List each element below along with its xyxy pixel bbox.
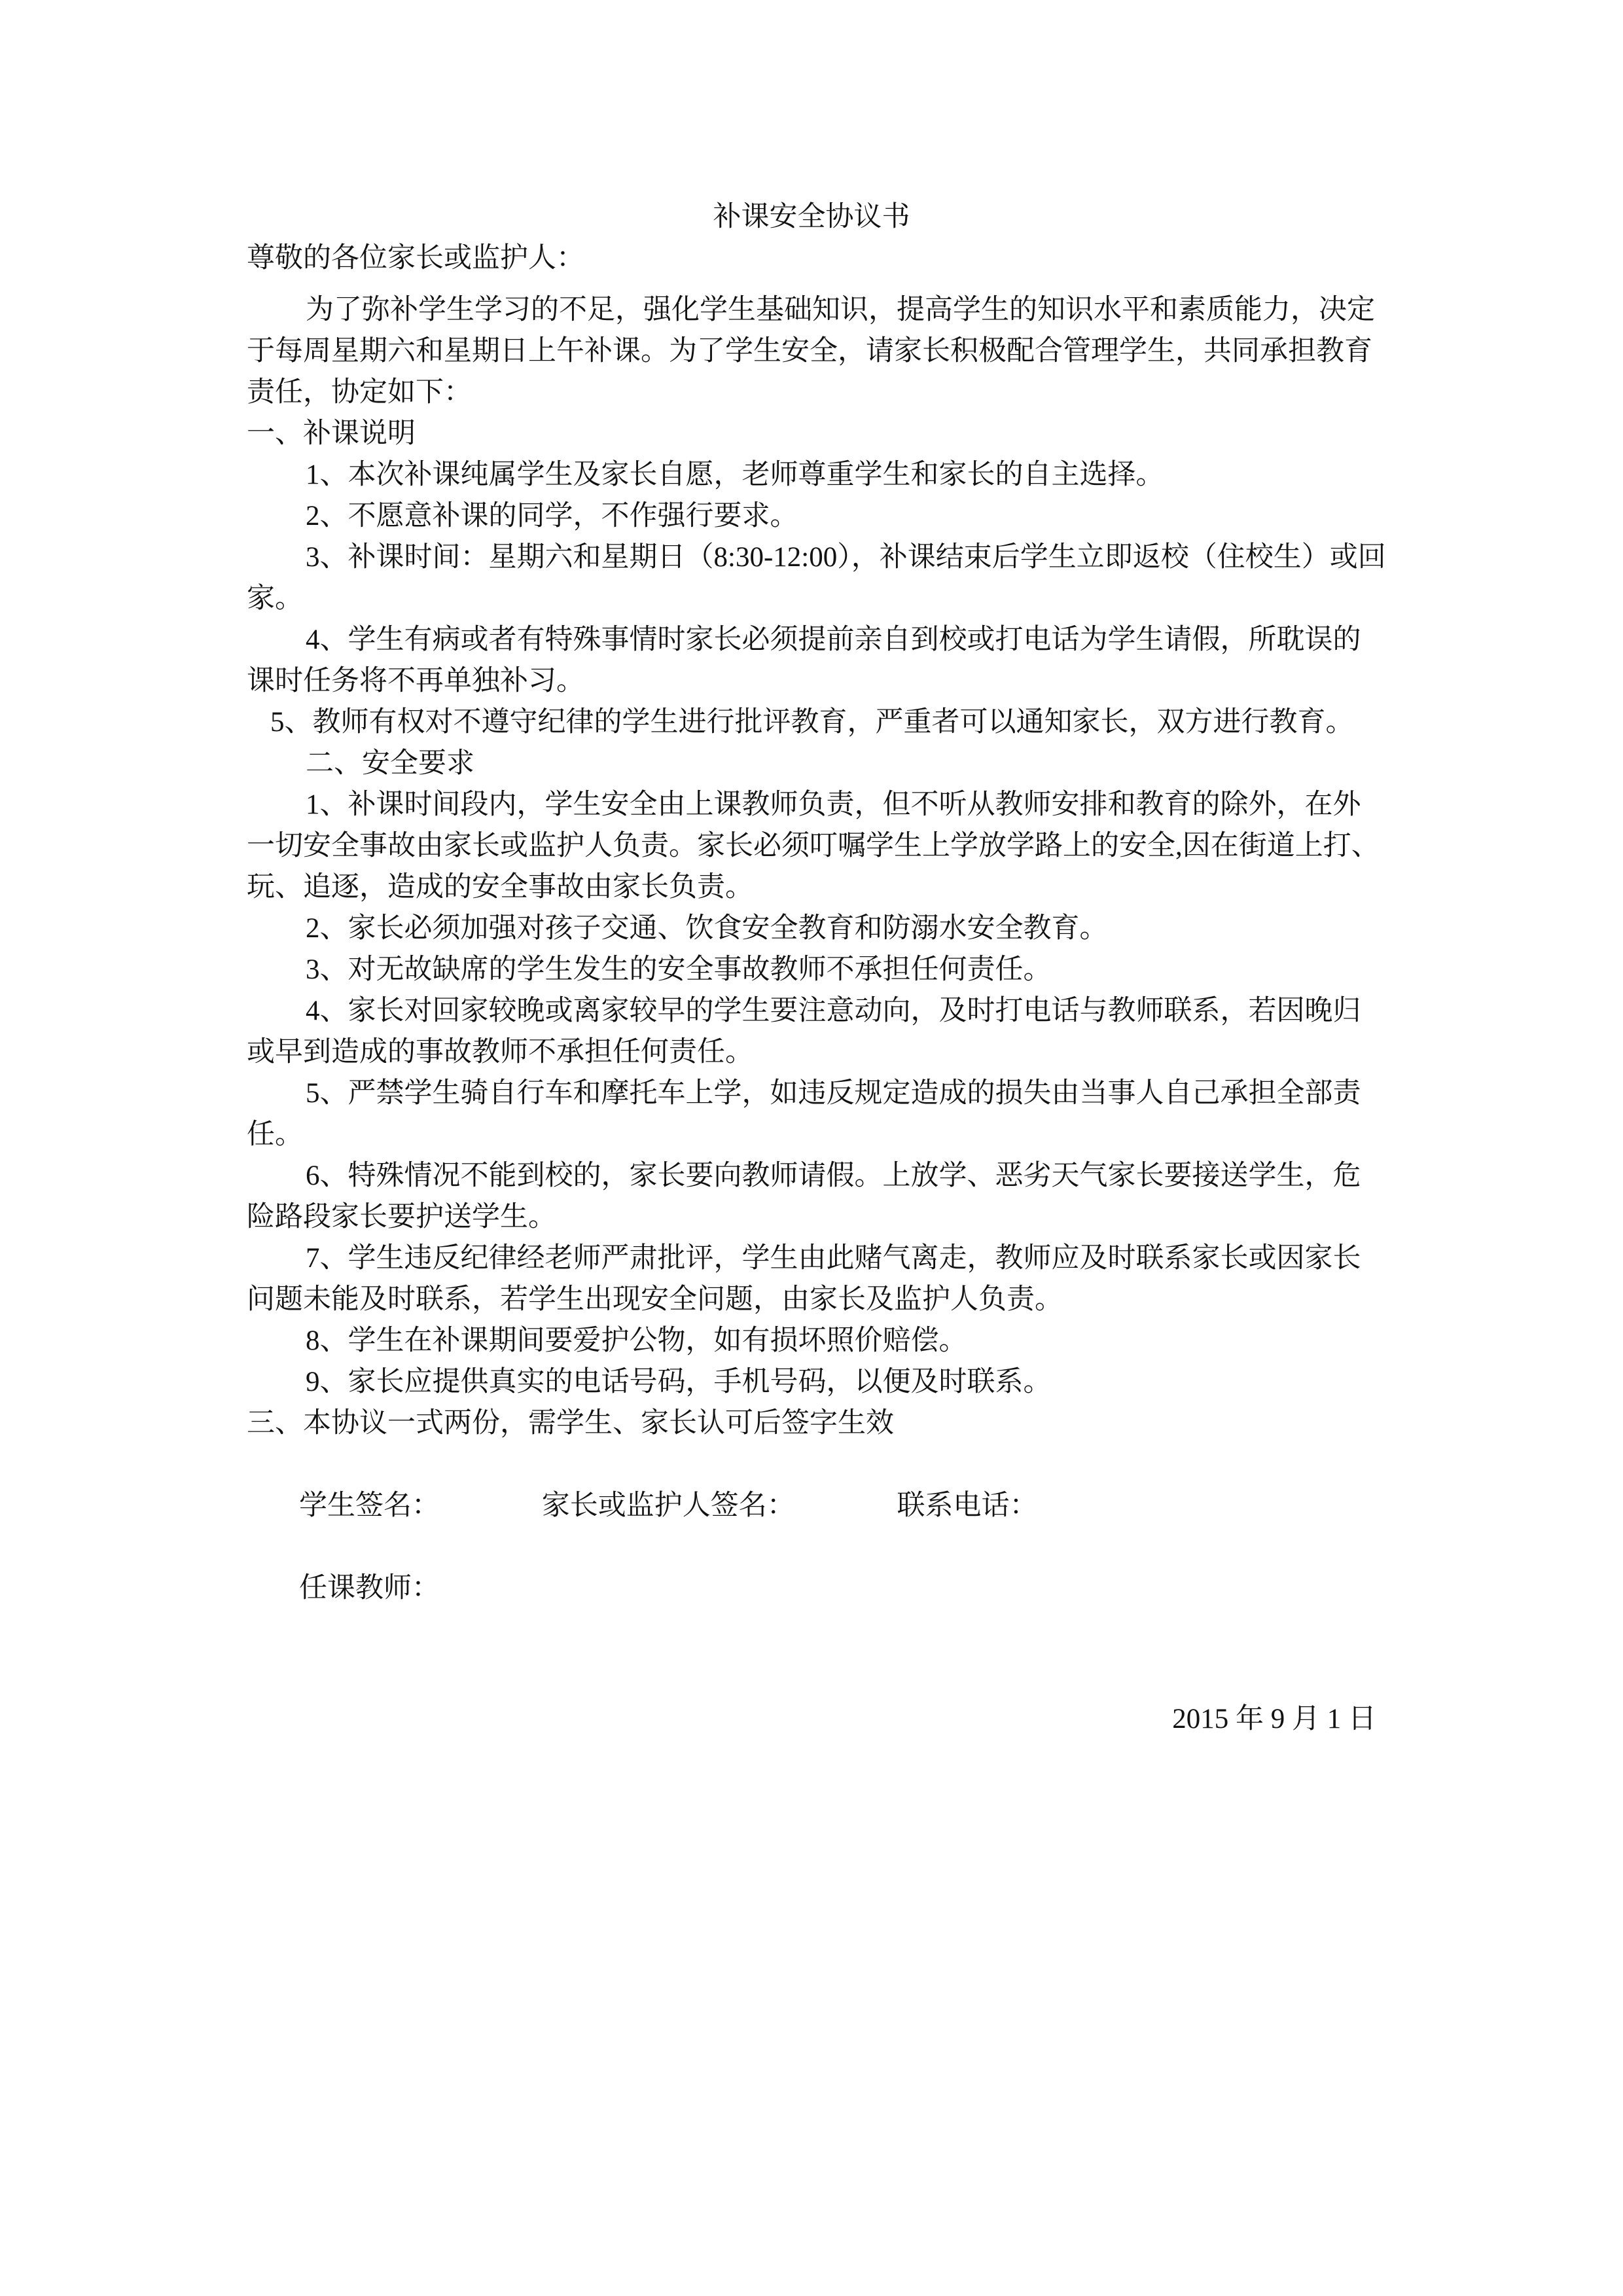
text-line: 1、本次补课纯属学生及家长自愿，老师尊重学生和家长的自主选择。 (247, 454, 1376, 495)
text-line: 2、家长必须加强对孩子交通、饮食安全教育和防溺水安全教育。 (247, 908, 1376, 949)
student-signature-label: 学生签名： (299, 1485, 440, 1526)
paragraph-section-3-heading: 三、本协议一式两份，需学生、家长认可后签字生效 (247, 1403, 1376, 1444)
text-line: 9、家长应提供真实的电话号码，手机号码，以便及时联系。 (247, 1361, 1376, 1403)
text-line: 险路段家长要护送学生。 (247, 1196, 1376, 1238)
text-line: 6、特殊情况不能到校的，家长要向教师请假。上放学、恶劣天气家长要接送学生，危 (247, 1155, 1376, 1196)
document-date: 2015 年 9 月 1 日 (247, 1698, 1376, 1740)
text-line: 一、补课说明 (247, 413, 1376, 454)
text-line: 4、学生有病或者有特殊事情时家长必须提前亲自到校或打电话为学生请假，所耽误的 (247, 619, 1376, 660)
text-line: 7、学生违反纪律经老师严肃批评，学生由此赌气离走，教师应及时联系家长或因家长 (247, 1238, 1376, 1279)
text-line: 问题未能及时联系，若学生出现安全问题，由家长及监护人负责。 (247, 1279, 1376, 1320)
paragraph-section-1-item-2: 2、不愿意补课的同学，不作强行要求。 (247, 495, 1376, 537)
paragraph-section-2-item-6: 6、特殊情况不能到校的，家长要向教师请假。上放学、恶劣天气家长要接送学生，危险路… (247, 1155, 1376, 1238)
text-line: 三、本协议一式两份，需学生、家长认可后签字生效 (247, 1403, 1376, 1444)
text-line: 5、教师有权对不遵守纪律的学生进行批评教育，严重者可以通知家长，双方进行教育。 (247, 702, 1376, 743)
text-line: 4、家长对回家较晚或离家较早的学生要注意动向，及时打电话与教师联系，若因晚归 (247, 990, 1376, 1031)
text-line: 8、学生在补课期间要爱护公物，如有损坏照价赔偿。 (247, 1320, 1376, 1361)
text-line: 责任，协定如下： (247, 372, 1376, 413)
teacher-signature-row: 任课教师： (247, 1568, 1376, 1609)
text-line: 1、补课时间段内，学生安全由上课教师负责，但不听从教师安排和教育的除外，在外 (247, 784, 1376, 825)
text-line: 二、安全要求 (247, 743, 1376, 784)
paragraph-section-2-item-2: 2、家长必须加强对孩子交通、饮食安全教育和防溺水安全教育。 (247, 908, 1376, 949)
paragraph-section-2-item-9: 9、家长应提供真实的电话号码，手机号码，以便及时联系。 (247, 1361, 1376, 1403)
text-line: 家。 (247, 578, 1376, 619)
document-body: 尊敬的各位家长或监护人：为了弥补学生学习的不足，强化学生基础知识，提高学生的知识… (247, 238, 1376, 1444)
contact-phone-label: 联系电话： (897, 1485, 1038, 1526)
text-line: 2、不愿意补课的同学，不作强行要求。 (247, 495, 1376, 537)
paragraph-section-1-item-1: 1、本次补课纯属学生及家长自愿，老师尊重学生和家长的自主选择。 (247, 454, 1376, 495)
text-line: 或早到造成的事故教师不承担任何责任。 (247, 1031, 1376, 1073)
text-line: 玩、追逐，造成的安全事故由家长负责。 (247, 867, 1376, 908)
text-line: 尊敬的各位家长或监护人： (247, 238, 1376, 279)
paragraph-section-2-item-7: 7、学生违反纪律经老师严肃批评，学生由此赌气离走，教师应及时联系家长或因家长问题… (247, 1238, 1376, 1320)
text-line: 课时任务将不再单独补习。 (247, 660, 1376, 702)
guardian-signature-label: 家长或监护人签名： (542, 1485, 795, 1526)
teacher-signature-label: 任课教师： (299, 1568, 440, 1609)
signature-row: 学生签名： 家长或监护人签名： 联系电话： (247, 1485, 1376, 1526)
paragraph-section-2-item-3: 3、对无故缺席的学生发生的安全事故教师不承担任何责任。 (247, 949, 1376, 990)
text-line: 5、严禁学生骑自行车和摩托车上学，如违反规定造成的损失由当事人自己承担全部责 (247, 1073, 1376, 1114)
paragraph-section-1-heading: 一、补课说明 (247, 413, 1376, 454)
paragraph-section-2-item-1: 1、补课时间段内，学生安全由上课教师负责，但不听从教师安排和教育的除外，在外一切… (247, 784, 1376, 908)
text-line: 一切安全事故由家长或监护人负责。家长必须叮嘱学生上学放学路上的安全,因在街道上打… (247, 825, 1376, 867)
paragraph-intro-paragraph: 为了弥补学生学习的不足，强化学生基础知识，提高学生的知识水平和素质能力，决定于每… (247, 289, 1376, 413)
paragraph-section-2-heading: 二、安全要求 (247, 743, 1376, 784)
paragraph-section-2-item-4: 4、家长对回家较晚或离家较早的学生要注意动向，及时打电话与教师联系，若因晚归或早… (247, 990, 1376, 1073)
paragraph-section-1-item-4: 4、学生有病或者有特殊事情时家长必须提前亲自到校或打电话为学生请假，所耽误的课时… (247, 619, 1376, 702)
document-title: 补课安全协议书 (247, 196, 1376, 238)
text-line: 3、对无故缺席的学生发生的安全事故教师不承担任何责任。 (247, 949, 1376, 990)
text-line: 于每周星期六和星期日上午补课。为了学生安全，请家长积极配合管理学生，共同承担教育 (247, 331, 1376, 372)
text-line: 3、补课时间：星期六和星期日（8:30-12:00），补课结束后学生立即返校（住… (247, 537, 1376, 578)
paragraph-salutation: 尊敬的各位家长或监护人： (247, 238, 1376, 279)
paragraph-section-2-item-8: 8、学生在补课期间要爱护公物，如有损坏照价赔偿。 (247, 1320, 1376, 1361)
paragraph-section-1-item-5: 5、教师有权对不遵守纪律的学生进行批评教育，严重者可以通知家长，双方进行教育。 (247, 702, 1376, 743)
text-line: 任。 (247, 1114, 1376, 1155)
text-line: 为了弥补学生学习的不足，强化学生基础知识，提高学生的知识水平和素质能力，决定 (247, 289, 1376, 331)
paragraph-section-2-item-5: 5、严禁学生骑自行车和摩托车上学，如违反规定造成的损失由当事人自己承担全部责任。 (247, 1073, 1376, 1155)
paragraph-section-1-item-3: 3、补课时间：星期六和星期日（8:30-12:00），补课结束后学生立即返校（住… (247, 537, 1376, 619)
document-page: 补课安全协议书 尊敬的各位家长或监护人：为了弥补学生学习的不足，强化学生基础知识… (0, 0, 1623, 2296)
